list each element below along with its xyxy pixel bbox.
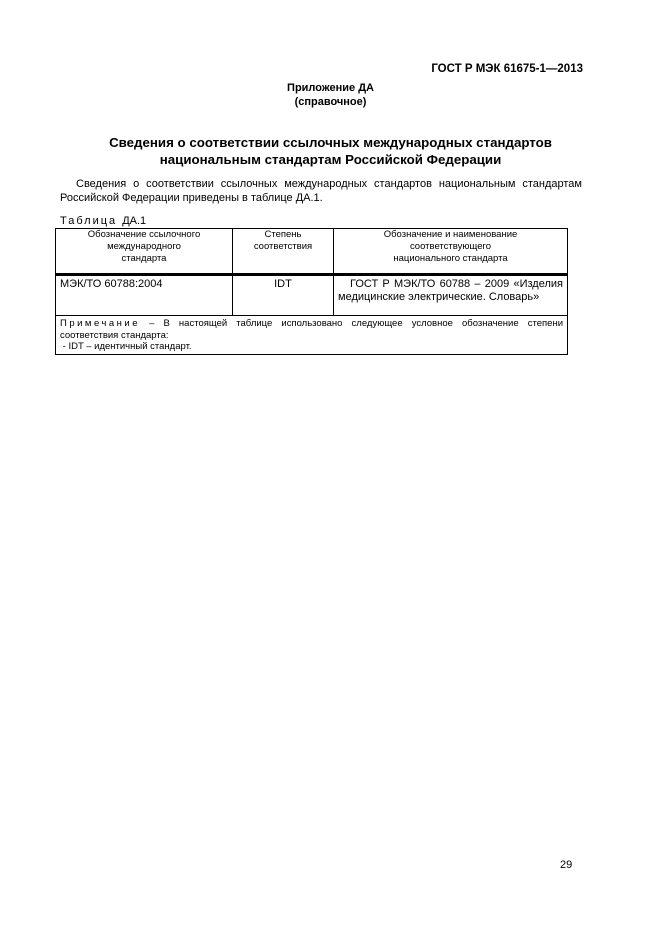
note-line1-text: – В настоящей таблице использовано следу… [149, 318, 563, 329]
table-note-row: Примечание – В настоящей таблице использ… [56, 316, 568, 355]
appendix-type: (справочное) [0, 96, 661, 108]
header-col2-line2: соответствия [237, 241, 329, 253]
header-col3-line2: соответствующего [338, 241, 563, 253]
table-row: МЭК/ТО 60788:2004 IDT ГОСТ Р МЭК/ТО 6078… [56, 275, 568, 316]
cell-degree: IDT [233, 275, 334, 316]
note-line3: - IDT – идентичный стандарт. [60, 341, 563, 353]
cell-international-standard: МЭК/ТО 60788:2004 [56, 275, 233, 316]
appendix-title: Приложение ДА [0, 82, 661, 94]
conformity-table: Обозначение ссылочного международного ст… [55, 228, 568, 355]
page-number: 29 [560, 859, 572, 871]
header-col1-line3: стандарта [60, 253, 228, 265]
document-code: ГОСТ Р МЭК 61675-1—2013 [0, 63, 583, 75]
table-note: Примечание – В настоящей таблице использ… [56, 316, 568, 355]
intro-paragraph: Сведения о соответствии ссылочных междун… [60, 177, 582, 205]
table-caption: Таблица ДА.1 [60, 215, 146, 227]
header-international-standard: Обозначение ссылочного международного ст… [56, 229, 233, 275]
header-national-standard: Обозначение и наименование соответствующ… [334, 229, 568, 275]
header-col3-line3: национального стандарта [338, 253, 563, 265]
table-caption-label: Таблица [60, 215, 117, 227]
section-heading-line1: Сведения о соответствии ссылочных междун… [0, 134, 661, 151]
note-label: Примечание [60, 318, 140, 329]
header-col1-line1: Обозначение ссылочного [60, 229, 228, 241]
table-header-row: Обозначение ссылочного международного ст… [56, 229, 568, 275]
intro-paragraph-line2: Российской Федерации приведены в таблице… [60, 192, 323, 204]
cell-national-standard: ГОСТ Р МЭК/ТО 60788 – 2009 «Изделия меди… [334, 275, 568, 316]
header-col3-line1: Обозначение и наименование [338, 229, 563, 241]
note-line2: соответствия стандарта: [60, 330, 563, 342]
header-col2-line1: Степень [237, 229, 329, 241]
header-degree: Степень соответствия [233, 229, 334, 275]
note-line1: Примечание – В настоящей таблице использ… [60, 318, 563, 330]
section-heading-line2: национальным стандартам Российской Федер… [0, 151, 661, 168]
intro-paragraph-line1: Сведения о соответствии ссылочных междун… [60, 177, 582, 191]
header-col1-line2: международного [60, 241, 228, 253]
table-caption-number: ДА.1 [122, 215, 146, 227]
